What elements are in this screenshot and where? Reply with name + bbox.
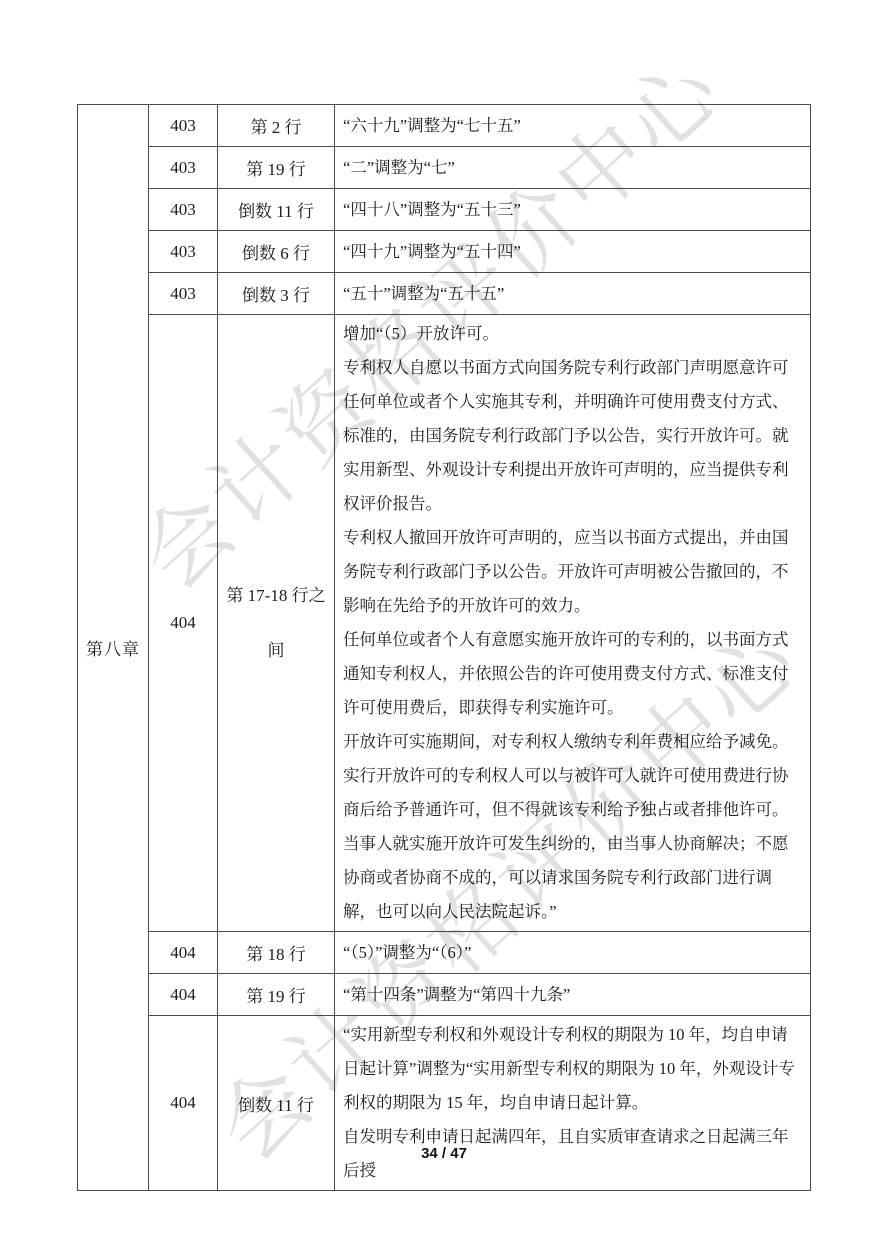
table-row: 403 倒数 3 行 “五十”调整为“五十五” <box>78 273 811 315</box>
table-row: 404 第 19 行 “第十四条”调整为“第四十九条” <box>78 974 811 1016</box>
page-cell: 403 <box>149 147 218 189</box>
content-text: “（5）”调整为“（6）” <box>343 936 804 970</box>
line-cell: 倒数 11 行 <box>218 189 335 231</box>
page-cell: 403 <box>149 273 218 315</box>
content-cell: “第十四条”调整为“第四十九条” <box>335 974 811 1016</box>
content-text: “四十八”调整为“五十三” <box>343 193 804 227</box>
line-cell: 倒数 11 行 <box>218 1016 335 1191</box>
content-cell: “二”调整为“七” <box>335 147 811 189</box>
content-text: 专利权人自愿以书面方式向国务院专利行政部门声明愿意许可任何单位或者个人实施其专利… <box>343 351 804 521</box>
content-cell: “五十”调整为“五十五” <box>335 273 811 315</box>
page-number: 34 / 47 <box>0 1145 888 1162</box>
content-text: “二”调整为“七” <box>343 151 804 185</box>
content-cell: “实用新型专利权和外观设计专利权的期限为 10 年，均自申请日起计算”调整为“实… <box>335 1016 811 1191</box>
content-text: “实用新型专利权和外观设计专利权的期限为 10 年，均自申请日起计算”调整为“实… <box>343 1018 804 1120</box>
page-cell: 403 <box>149 105 218 147</box>
content-text: “六十九”调整为“七十五” <box>343 109 804 143</box>
content-text: “四十九”调整为“五十四” <box>343 235 804 269</box>
content-text: 任何单位或者个人有意愿实施开放许可的专利的，以书面方式通知专利权人，并依照公告的… <box>343 623 804 725</box>
revision-table: 第八章 403 第 2 行 “六十九”调整为“七十五” 403 第 19 行 “… <box>77 104 811 1191</box>
content-text: “五十”调整为“五十五” <box>343 277 804 311</box>
line-cell: 第 17-18 行之间 <box>218 315 335 932</box>
table-row: 404 倒数 11 行 “实用新型专利权和外观设计专利权的期限为 10 年，均自… <box>78 1016 811 1191</box>
table-row: 404 第 18 行 “（5）”调整为“（6）” <box>78 932 811 974</box>
line-cell: 倒数 3 行 <box>218 273 335 315</box>
table-row: 403 倒数 11 行 “四十八”调整为“五十三” <box>78 189 811 231</box>
content-cell: “四十八”调整为“五十三” <box>335 189 811 231</box>
content-text: 增加“（5）开放许可。 <box>343 317 804 351</box>
line-cell: 第 19 行 <box>218 974 335 1016</box>
content-cell: “（5）”调整为“（6）” <box>335 932 811 974</box>
content-text: 开放许可实施期间，对专利权人缴纳专利年费相应给予减免。 <box>343 725 804 759</box>
content-cell: 增加“（5）开放许可。 专利权人自愿以书面方式向国务院专利行政部门声明愿意许可任… <box>335 315 811 932</box>
content-cell: “四十九”调整为“五十四” <box>335 231 811 273</box>
chapter-cell: 第八章 <box>78 105 149 1191</box>
table-row: 第八章 403 第 2 行 “六十九”调整为“七十五” <box>78 105 811 147</box>
page-cell: 404 <box>149 932 218 974</box>
page-cell: 404 <box>149 974 218 1016</box>
table-row: 404 第 17-18 行之间 增加“（5）开放许可。 专利权人自愿以书面方式向… <box>78 315 811 932</box>
content-text: 实行开放许可的专利权人可以与被许可人就许可使用费进行协商后给予普通许可，但不得就… <box>343 759 804 827</box>
table-row: 403 第 19 行 “二”调整为“七” <box>78 147 811 189</box>
page-cell: 404 <box>149 1016 218 1191</box>
page-cell: 403 <box>149 231 218 273</box>
content-text: 当事人就实施开放许可发生纠纷的，由当事人协商解决；不愿协商或者协商不成的，可以请… <box>343 827 804 929</box>
line-cell: 第 18 行 <box>218 932 335 974</box>
content-cell: “六十九”调整为“七十五” <box>335 105 811 147</box>
content-text: “第十四条”调整为“第四十九条” <box>343 978 804 1012</box>
line-cell: 第 19 行 <box>218 147 335 189</box>
page-cell: 404 <box>149 315 218 932</box>
page-cell: 403 <box>149 189 218 231</box>
table-row: 403 倒数 6 行 “四十九”调整为“五十四” <box>78 231 811 273</box>
line-cell: 倒数 6 行 <box>218 231 335 273</box>
line-cell: 第 2 行 <box>218 105 335 147</box>
content-text: 专利权人撤回开放许可声明的，应当以书面方式提出，并由国务院专利行政部门予以公告。… <box>343 521 804 623</box>
document-page: { "watermark": { "text": "会计资格评价中心", "co… <box>0 0 888 1256</box>
